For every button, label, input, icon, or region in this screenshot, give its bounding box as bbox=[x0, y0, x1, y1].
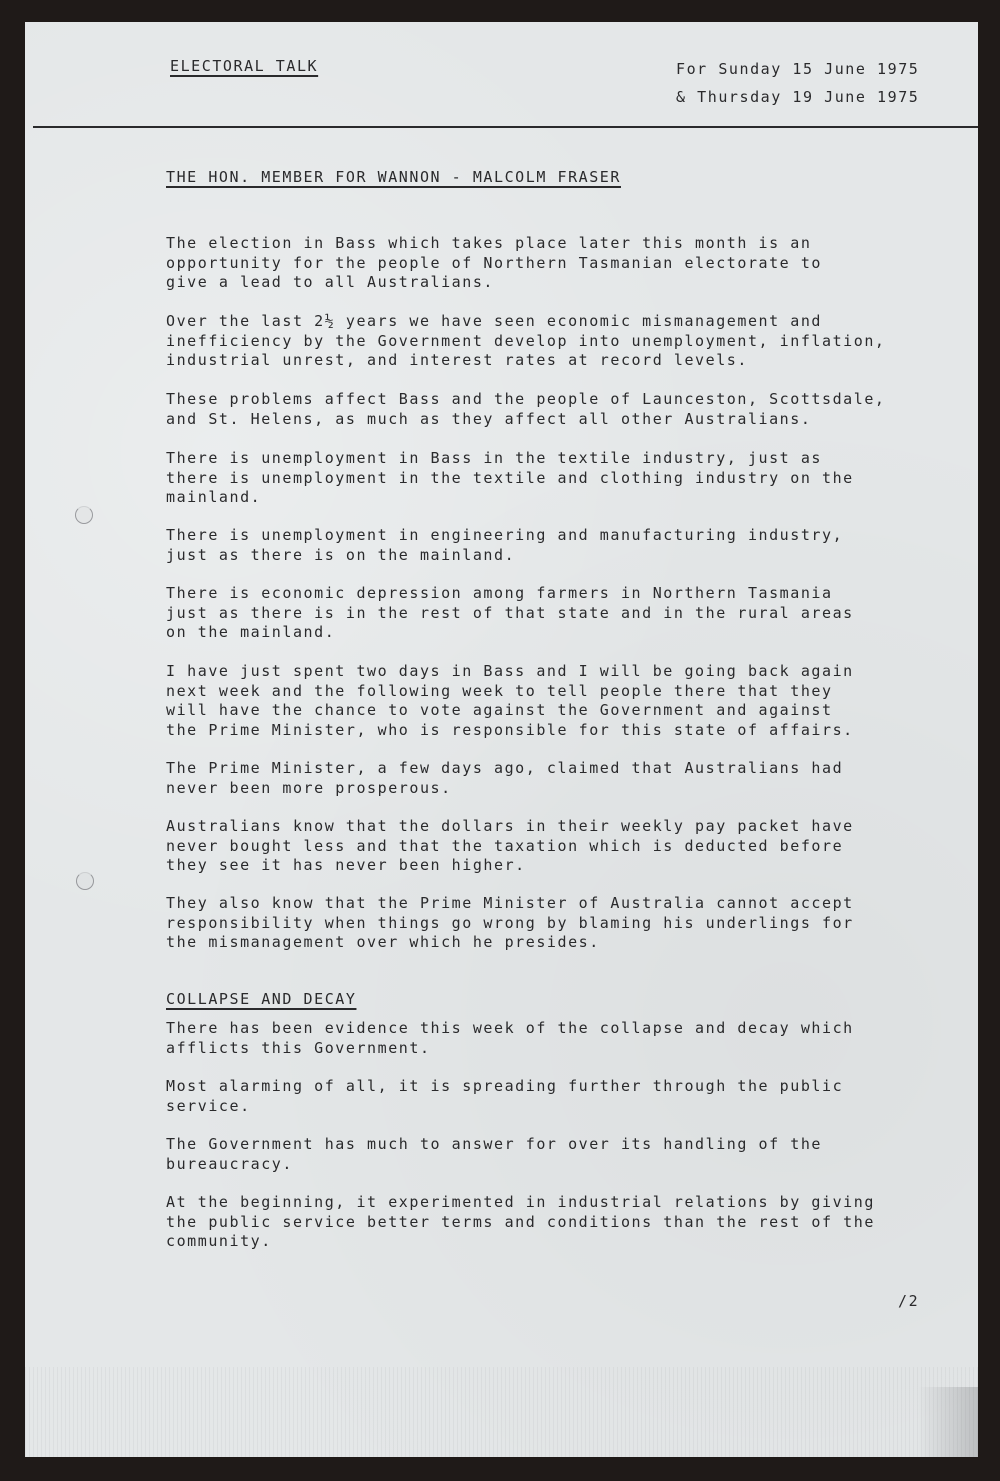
paragraph: The Prime Minister, a few days ago, clai… bbox=[166, 759, 843, 798]
document-title: ELECTORAL TALK bbox=[170, 57, 318, 77]
main-heading: THE HON. MEMBER FOR WANNON - MALCOLM FRA… bbox=[166, 168, 621, 188]
paragraph: Over the last 2½ years we have seen econ… bbox=[166, 312, 886, 371]
paragraph: They also know that the Prime Minister o… bbox=[166, 894, 854, 953]
hole-punch-mark bbox=[75, 506, 93, 524]
photocopy-smudge bbox=[25, 1367, 978, 1457]
paragraph: I have just spent two days in Bass and I… bbox=[166, 662, 854, 740]
paragraph: Most alarming of all, it is spreading fu… bbox=[166, 1077, 843, 1116]
photocopy-smudge bbox=[918, 1387, 978, 1457]
paragraph: At the beginning, it experimented in ind… bbox=[166, 1193, 875, 1252]
document-page: ELECTORAL TALK For Sunday 15 June 1975 &… bbox=[25, 22, 978, 1457]
paragraph: The Government has much to answer for ov… bbox=[166, 1135, 822, 1174]
header-rule bbox=[33, 126, 978, 128]
paragraph: There is unemployment in Bass in the tex… bbox=[166, 449, 854, 508]
paragraph: Australians know that the dollars in the… bbox=[166, 817, 854, 876]
paragraph: There has been evidence this week of the… bbox=[166, 1019, 854, 1058]
paragraph: These problems affect Bass and the peopl… bbox=[166, 390, 886, 429]
paragraph: There is economic depression among farme… bbox=[166, 584, 854, 643]
date-line-1: For Sunday 15 June 1975 bbox=[676, 60, 919, 80]
section-heading: COLLAPSE AND DECAY bbox=[166, 990, 356, 1010]
date-line-2: & Thursday 19 June 1975 bbox=[676, 88, 919, 108]
paragraph: The election in Bass which takes place l… bbox=[166, 234, 822, 293]
hole-punch-mark bbox=[76, 872, 94, 890]
paragraph: There is unemployment in engineering and… bbox=[166, 526, 843, 565]
page-continuation-marker: /2 bbox=[898, 1292, 919, 1312]
